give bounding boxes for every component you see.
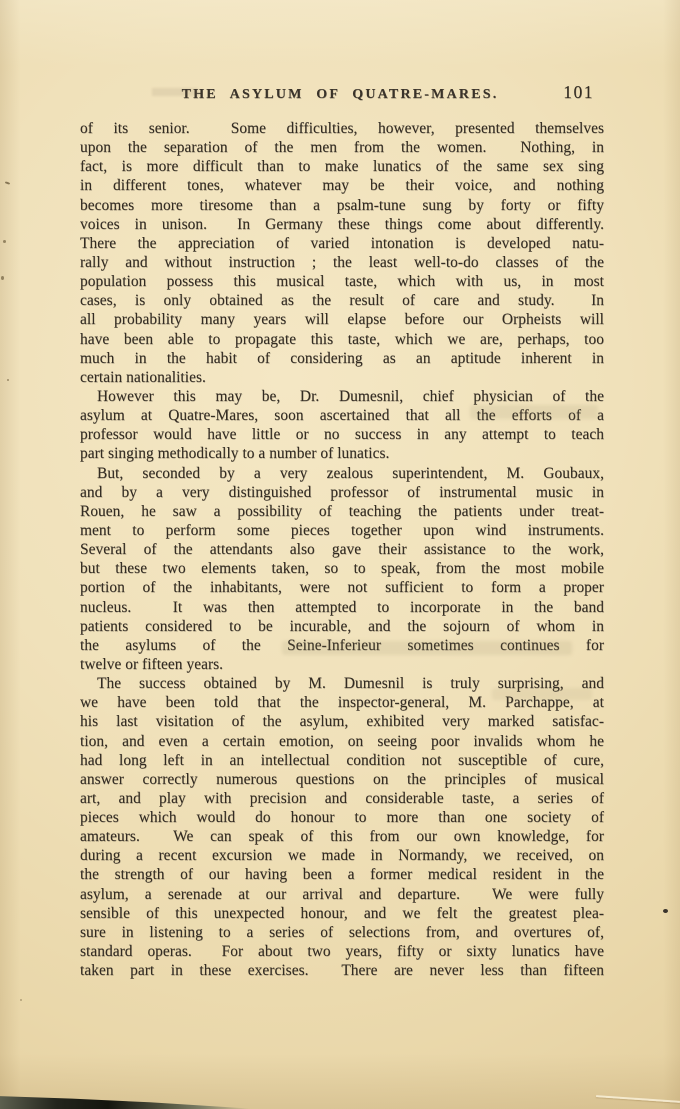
text-line: certain nationalities.: [80, 368, 604, 387]
text-line: during a recent excursion we made in Nor…: [80, 846, 604, 865]
text-line: rally and without instruction ; the leas…: [80, 253, 604, 272]
text-line: pieces which would do honour to more tha…: [80, 808, 604, 827]
text-line: population possess this musical taste, w…: [80, 272, 604, 291]
text-line: part singing methodically to a number of…: [80, 444, 604, 463]
text-line: his last visitation of the asylum, exhib…: [80, 712, 604, 731]
text-line: standard operas. For about two years, fi…: [80, 942, 604, 961]
paper-speck: [1, 276, 4, 280]
text-line: twelve or fifteen years.: [80, 655, 604, 674]
ink-smudge: [152, 88, 198, 96]
text-line: and by a very distinguished professor of…: [80, 483, 604, 502]
paper-speck: [3, 240, 6, 243]
text-line: art, and play with precision and conside…: [80, 789, 604, 808]
running-title: THE ASYLUM OF QUATRE-MARES.: [182, 87, 499, 102]
page-number: 101: [563, 82, 594, 103]
text-line: asylum, a serenade at our arrival and de…: [80, 885, 604, 904]
text-line: sensible of this unexpected honour, and …: [80, 904, 604, 923]
paper-speck: [7, 379, 9, 381]
paper-crease: [596, 1095, 680, 1103]
text-line: answer correctly numerous questions on t…: [80, 770, 604, 789]
text-line: sure in listening to a series of selecti…: [80, 923, 604, 942]
text-line: voices in unison. In Germany these thing…: [80, 215, 604, 234]
text-line: There the appreciation of varied intonat…: [80, 234, 604, 253]
show-through-stain: [282, 641, 572, 655]
text-line: professor would have little or no succes…: [80, 425, 604, 444]
text-line: have been able to propagate this taste, …: [80, 330, 604, 349]
text-line: nucleus. It was then attempted to incorp…: [80, 598, 604, 617]
text-line: taken part in these exercises. There are…: [80, 961, 604, 980]
show-through-stain: [470, 405, 598, 419]
ink-dot: [663, 909, 668, 913]
running-head: THE ASYLUM OF QUATRE-MARES. 101: [70, 85, 610, 103]
text-line: tion, and even a certain emotion, on see…: [80, 732, 604, 751]
paper-speck: [5, 181, 10, 185]
text-line: all probability many years will elapse b…: [80, 310, 604, 329]
text-line: ment to perform some pieces together upo…: [80, 521, 604, 540]
text-line: much in the habit of considering as an a…: [80, 349, 604, 368]
text-line: Rouen, he saw a possibility of teaching …: [80, 502, 604, 521]
scan-edge-shadow: [0, 1095, 258, 1109]
text-line: amateurs. We can speak of this from our …: [80, 827, 604, 846]
text-line: However this may be, Dr. Dumesnil, chief…: [80, 387, 604, 406]
show-through-stain: [492, 688, 592, 700]
paper-speck: [20, 999, 22, 1001]
text-line: of its senior. Some difficulties, howeve…: [80, 119, 604, 138]
text-line: patients considered to be incurable, and…: [80, 617, 604, 636]
body-text: of its senior. Some difficulties, howeve…: [80, 119, 604, 980]
text-line: in different tones, whatever may be thei…: [80, 176, 604, 195]
text-line: fact, is more difficult than to make lun…: [80, 157, 604, 176]
text-line: cases, is only obtained as the result of…: [80, 291, 604, 310]
text-line: But, seconded by a very zealous superint…: [80, 464, 604, 483]
text-line: upon the separation of the men from the …: [80, 138, 604, 157]
text-line: Several of the attendants also gave thei…: [80, 540, 604, 559]
text-line: the strength of our having been a former…: [80, 865, 604, 884]
text-line: but these two elements taken, so to spea…: [80, 559, 604, 578]
scanned-book-page: THE ASYLUM OF QUATRE-MARES. 101 of its s…: [0, 0, 680, 1109]
text-line: had long left in an intellectual conditi…: [80, 751, 604, 770]
text-line: portion of the inhabitants, were not suf…: [80, 578, 604, 597]
text-line: becomes more tiresome than a psalm-tune …: [80, 196, 604, 215]
